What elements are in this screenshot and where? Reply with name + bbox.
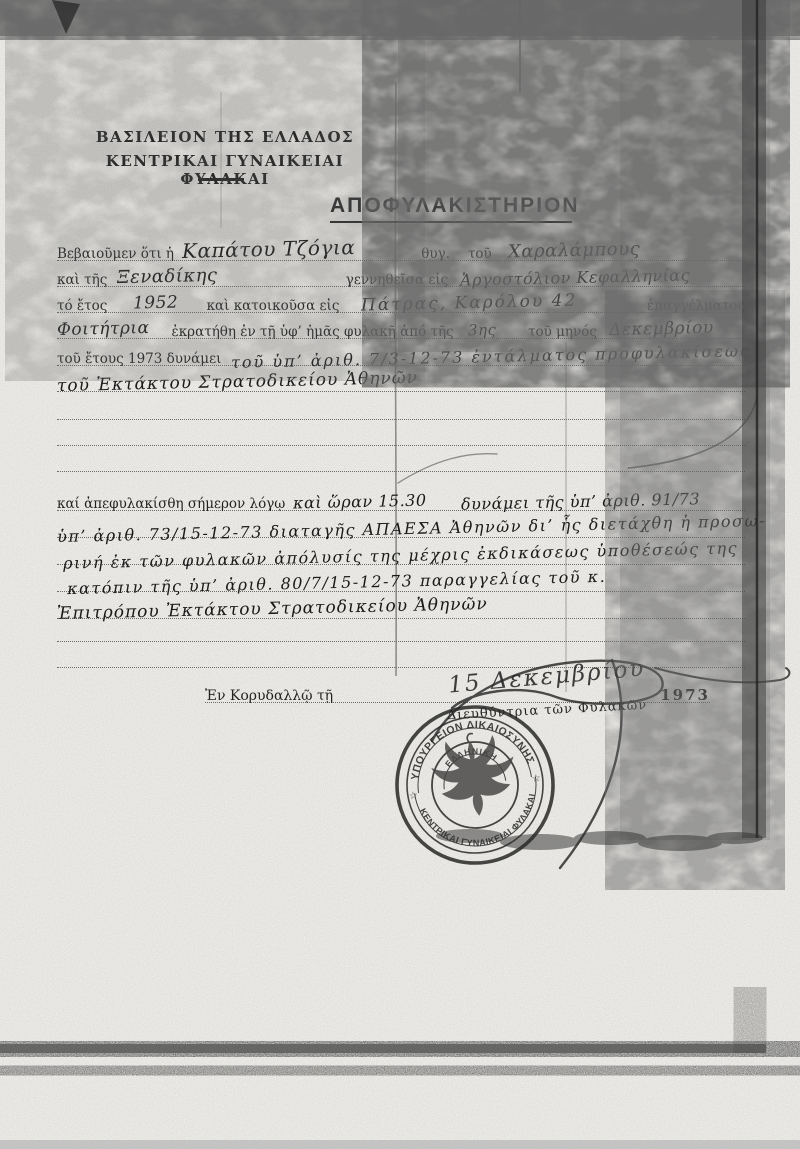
issuer-name: ΒΑΣΙΛΕΙΟΝ ΤΗΣ ΕΛΛΑΔΟΣ xyxy=(66,128,384,146)
scanned-release-certificate: ΒΑΣΙΛΕΙΟΝ ΤΗΣ ΕΛΛΑΔΟΣ ΚΕΝΤΡΙΚΑΙ ΓΥΝΑΙΚΕΙ… xyxy=(0,0,800,1149)
printed-label: ἐπαγγέλματος xyxy=(647,298,745,314)
printed-label: ἐκρατήθη ἐν τῇ ὑφ’ ἡμᾶς φυλακῇ ἀπό τῆς xyxy=(171,324,453,340)
printed-label: θυγ. xyxy=(421,246,450,262)
release-line-3: ρινή ἐκ τῶν φυλακῶν ἀπόλυσίς της μέχρις … xyxy=(57,540,745,565)
document-title: ΑΠΟΦΥΛΑΚΙΣΤΗΡΙΟΝ xyxy=(330,194,572,223)
year-label: 1973 xyxy=(660,686,710,704)
form-line-6: τοῦ Ἐκτάκτου Στρατοδικείου Ἀθηνῶν xyxy=(57,367,745,392)
printed-label: τό ἔτος xyxy=(57,298,107,314)
ruled-line-empty xyxy=(57,447,745,472)
handwritten-birth-year: 1952 xyxy=(133,292,179,313)
seal-star-icon: ☆ xyxy=(531,773,541,785)
place-label: Ἐν Κορυδαλλῷ τῇ xyxy=(205,688,333,704)
printed-label: τοῦ xyxy=(468,246,492,262)
release-line-4: κατόπιν τῆς ὑπ’ ἀριθ. 80/7/15-12-73 παρα… xyxy=(57,567,745,592)
release-line-1: καί ἀπεφυλακίσθη σήμερον λόγῳ καὶ ὥραν 1… xyxy=(57,486,745,511)
printed-label: καί ἀπεφυλακίσθη σήμερον λόγῳ xyxy=(57,496,285,512)
ruled-line-empty xyxy=(57,421,745,446)
printed-label: τοῦ μηνός xyxy=(528,324,597,340)
printed-label: Βεβαιοῦμεν ὅτι ἡ xyxy=(57,246,174,262)
official-seal: ΥΠΟΥΡΓΕΙΟΝ ΔΙΚΑΙΟΣΥΝΗΣ ΚΕΝΤΡΙΚΑΙ ΓΥΝΑΙΚΕ… xyxy=(386,696,564,874)
printed-label: γεννηθεῖσα εἰς xyxy=(346,272,448,288)
seal-star-icon: ☆ xyxy=(408,790,418,802)
handwritten-time: καὶ ὥραν 15.30 xyxy=(293,490,427,512)
issuer-department: ΚΕΝΤΡΙΚΑΙ ΓΥΝΑΙΚΕΙΑΙ ΦΥΛΑΚΑΙ xyxy=(66,152,384,188)
printed-label: καὶ κατοικοῦσα εἰς xyxy=(207,298,340,314)
release-line-5: Ἐπιτρόπου Ἐκτάκτου Στρατοδικείου Ἀθηνῶν xyxy=(57,594,745,619)
ruled-line-empty xyxy=(57,395,745,420)
handwritten-name: Καπάτου Τζόγια xyxy=(182,235,356,263)
form-line-1: Βεβαιοῦμεν ὅτι ἡ Καπάτου Τζόγια θυγ. τοῦ… xyxy=(57,236,745,261)
form-line-4: Φοιτήτρια ἐκρατήθη ἐν τῇ ὑφ’ ἡμᾶς φυλακῇ… xyxy=(57,314,745,339)
header-underline xyxy=(198,178,244,181)
handwritten-birthplace: Ἀργοστόλιον Κεφαλληνίας xyxy=(460,265,690,289)
handwritten-address: Πάτρας, Καρόλου 42 xyxy=(361,291,578,316)
handwritten-day: 3ης xyxy=(467,321,496,340)
printed-label: τοῦ ἔτους 1973 δυνάμει xyxy=(57,351,221,367)
release-line-2: ὑπ’ ἀριθ. 73/15-12-73 διαταγῆς ΑΠΑΕΣΑ Ἀθ… xyxy=(57,513,745,538)
form-line-3: τό ἔτος 1952 καὶ κατοικοῦσα εἰς Πάτρας, … xyxy=(57,288,745,313)
handwritten-father-name: Χαραλάμπους xyxy=(508,239,641,263)
handwritten-court: τοῦ Ἐκτάκτου Στρατοδικείου Ἀθηνῶν xyxy=(57,368,418,396)
handwritten-order-ref: δυνάμει τῆς ὑπ’ ἀριθ. 91/73 xyxy=(461,489,700,513)
form-line-5: τοῦ ἔτους 1973 δυνάμει τοῦ ὑπ’ ἀριθ. 7/3… xyxy=(57,341,745,366)
handwritten-mother-name: Ξεναδίκης xyxy=(117,265,218,288)
handwritten-occupation: Φοιτήτρια xyxy=(57,318,150,340)
handwritten-month: Δεκεμβρίου xyxy=(609,318,714,340)
ruled-line-empty xyxy=(57,617,745,642)
form-line-2: καὶ τῆς Ξεναδίκης γεννηθεῖσα εἰς Ἀργοστό… xyxy=(57,262,745,287)
printed-label: καὶ τῆς xyxy=(57,272,107,288)
